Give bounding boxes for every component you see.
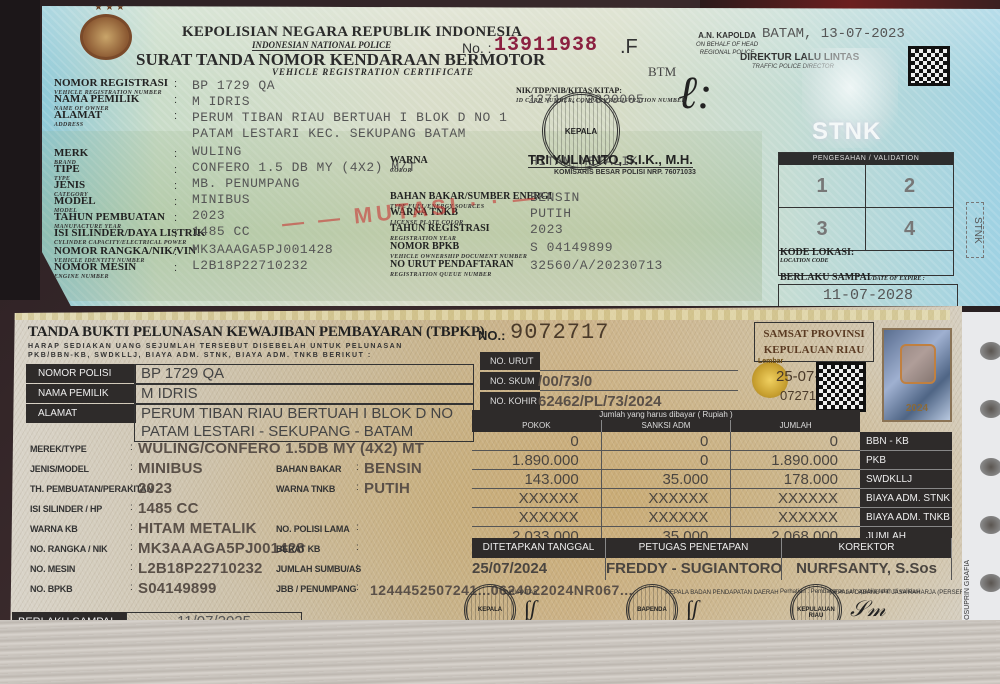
tbpkp-card: TANDA BUKTI PELUNASAN KEWAJIBAN PEMBAYAR… — [10, 306, 962, 656]
stnk-value: 2023 — [192, 208, 225, 223]
police-emblem-icon — [80, 14, 132, 60]
location-code-label: KODE LOKASI:LOCATION CODE — [780, 248, 854, 266]
stnk-value: 32560/A/20230713 — [530, 258, 663, 273]
validation-cell: 4 — [866, 208, 953, 251]
hologram-icon: 2024 — [882, 328, 952, 422]
stars-icon: ★★★ — [94, 2, 127, 13]
colon: : — [174, 228, 177, 240]
footer-header: KOREKTOR — [782, 538, 952, 558]
qr-code-icon — [908, 46, 950, 86]
ref-label: NO. KOHIR — [480, 392, 540, 410]
payment-jumlah: 0 — [731, 432, 860, 450]
ref-label: NO. SKUM — [480, 372, 540, 390]
officer-name: TRI YULIANTO, S.I.K., M.H. — [528, 152, 693, 168]
header-title: KEPOLISIAN NEGARA REPUBLIK INDONESIA — [182, 24, 522, 41]
footer-header: DITETAPKAN TANGGAL — [472, 538, 606, 558]
colon: : — [130, 442, 133, 453]
stnk-value: PERUM TIBAN RIAU BERTUAH I BLOK D NO 1 — [192, 110, 507, 125]
stnk-value: S 04149899 — [530, 240, 613, 255]
payment-sanksi: 0 — [602, 432, 732, 450]
colon: : — [174, 212, 177, 224]
vehicle-value: S04149899 — [138, 580, 217, 597]
footer-value: FREDDY - SUGIANTORO — [606, 558, 782, 580]
signatory-role: KEPALA BADAN PENDAPATAN DAERAH — [666, 590, 779, 596]
payment-category: BIAYA ADM. TNKB — [860, 508, 952, 527]
tbpkp-title: TANDA BUKTI PELUNASAN KEWAJIBAN PEMBAYAR… — [28, 324, 485, 341]
colon: : — [174, 110, 177, 122]
payment-jumlah: XXXXXX — [731, 489, 860, 507]
payment-category: BIAYA ADM. STNK — [860, 489, 952, 508]
footer-values: 25/07/2024FREDDY - SUGIANTORONURFSANTY, … — [472, 558, 952, 580]
vehicle-label: JBB / PENUMPANG — [276, 584, 356, 594]
hologram-text: STNK — [812, 118, 881, 146]
payment-column-header: JUMLAH — [731, 420, 860, 432]
office-code: BTM — [648, 64, 676, 80]
owner-value: M IDRIS — [134, 384, 474, 404]
payment-row: XXXXXXXXXXXXXXXXXX — [472, 489, 860, 508]
payment-sanksi: XXXXXX — [602, 508, 732, 526]
number-label: No. : — [462, 40, 492, 56]
expire-date: 11-07-2028 — [778, 284, 958, 310]
payment-row: 000 — [472, 432, 860, 451]
document-number-suffix: .F — [620, 36, 638, 59]
colon: : — [356, 482, 359, 493]
vehicle-label: BAHAN BAKAR — [276, 464, 341, 474]
colon: : — [174, 246, 177, 258]
colon: : — [174, 164, 177, 176]
payment-sanksi: 0 — [602, 451, 732, 469]
vehicle-label: MEREK/TYPE — [30, 444, 87, 454]
payment-category: PKB — [860, 451, 952, 470]
vehicle-label: WARNA KB — [30, 524, 78, 534]
side-stnk-mark: STNK — [966, 202, 984, 258]
colon: : — [130, 562, 133, 573]
background-left — [0, 0, 40, 300]
vehicle-label: NO. BPKB — [30, 584, 72, 594]
vehicle-label: NO. POLISI LAMA — [276, 524, 350, 534]
samsat-box: SAMSAT PROVINSIKEPULAUAN RIAU — [754, 322, 874, 362]
vehicle-label: TH. PEMBUATAN/PERAKITAN — [30, 484, 153, 494]
payment-header: Jumlah yang harus dibayar ( Rupiah ) — [472, 410, 860, 420]
vehicle-value: MINIBUS — [138, 460, 203, 477]
colon: : — [174, 262, 177, 274]
stnk-value: M IDRIS — [192, 94, 250, 109]
payment-jumlah: 178.000 — [731, 470, 860, 488]
footer-value: NURFSANTY, S.Sos — [782, 558, 952, 580]
stnk-value-line2: PATAM LESTARI KEC. SEKUPANG BATAM — [192, 126, 466, 141]
stnk-label: ALAMATADDRESS — [54, 110, 102, 130]
expire-label: BERLAKU SAMPAI/DATE OF EXPIRE : — [780, 272, 925, 283]
issued-date: BATAM, 13-07-2023 — [762, 26, 905, 42]
stnk-value: BP 1729 QA — [192, 78, 275, 93]
tbpkp-number-label: NO.: — [478, 328, 505, 343]
ref-label: NO. URUT — [480, 352, 540, 370]
vehicle-label: JUMLAH SUMBU/AS — [276, 564, 361, 574]
stnk-card: ★★★ KEPOLISIAN NEGARA REPUBLIK INDONESIA… — [42, 6, 1000, 306]
vehicle-label: NO. RANGKA / NIK — [30, 544, 107, 554]
colon: : — [356, 562, 359, 573]
validation-title: PENGESAHAN / VALIDATION — [779, 153, 953, 165]
qr-code-icon — [816, 362, 866, 412]
footer-headers: DITETAPKAN TANGGALPETUGAS PENETAPANKOREK… — [472, 538, 952, 558]
signature-icon: ∫ʃ — [686, 596, 698, 622]
payment-row: 1.890.00001.890.000 — [472, 451, 860, 470]
vehicle-value: L2B18P22710232 — [138, 560, 263, 577]
colon: : — [174, 78, 177, 90]
signature-icon: ∫ʃ — [524, 596, 536, 622]
stnk-value: MINIBUS — [192, 192, 250, 207]
vehicle-value: 1485 CC — [138, 500, 199, 517]
owner-value: PERUM TIBAN RIAU BERTUAH I BLOK D NOPATA… — [134, 404, 474, 442]
stnk-value: 1485 CC — [192, 224, 250, 239]
vehicle-label: NO. MESIN — [30, 564, 75, 574]
validation-cell: 3 — [779, 208, 866, 251]
payment-columns: POKOKSANKSI ADMJUMLAH — [472, 420, 860, 432]
payment-row: XXXXXXXXXXXXXXXXXX — [472, 508, 860, 527]
payment-pokok: 0 — [472, 432, 602, 450]
colon: : — [174, 196, 177, 208]
tbpkp-subtitle: HARAP SEDIAKAN UANG SEJUMLAH TERSEBUT DI… — [28, 342, 403, 360]
table-surface — [0, 620, 1000, 684]
notice-text: Perhatian : Pembayaran sah apabila telah… — [780, 588, 960, 596]
colon: : — [174, 94, 177, 106]
vehicle-value: HITAM METALIK — [138, 520, 257, 537]
footer-value: 25/07/2024 — [472, 558, 606, 580]
payment-sanksi: 35.000 — [602, 470, 732, 488]
owner-label: ALAMAT — [26, 404, 136, 423]
payment-column-header: POKOK — [472, 420, 602, 432]
signature-icon: 𝒮𝓂 — [850, 596, 886, 622]
payment-row: 143.00035.000178.000 — [472, 470, 860, 489]
payment-pokok: 143.000 — [472, 470, 602, 488]
payment-sanksi: XXXXXX — [602, 489, 732, 507]
colon: : — [174, 180, 177, 192]
payment-table: 0001.890.00001.890.000143.00035.000178.0… — [472, 432, 860, 546]
vehicle-value: 2023 — [138, 480, 172, 497]
doc-subtitle: VEHICLE REGISTRATION CERTIFICATE — [272, 67, 474, 77]
colon: : — [130, 502, 133, 513]
owner-label: NAMA PEMILIK — [26, 384, 136, 403]
officer-rank: KOMISARIS BESAR POLISI NRP. 76071033 — [554, 169, 696, 176]
colon: : — [130, 482, 133, 493]
paid-id: 07271 — [780, 388, 816, 403]
owner-value: BP 1729 QA — [134, 364, 474, 384]
payment-category: SWDKLLJ — [860, 470, 952, 489]
payment-categories: BBN - KBPKBSWDKLLJBIAYA ADM. STNKBIAYA A… — [860, 432, 952, 546]
payment-column-header: SANKSI ADM — [602, 420, 732, 432]
stnk-label: NOMOR MESINENGINE NUMBER — [54, 262, 136, 282]
vehicle-label: JENIS/MODEL — [30, 464, 89, 474]
province-emblem-icon — [900, 344, 936, 384]
payment-pokok: XXXXXX — [472, 489, 602, 507]
colon: : — [130, 542, 133, 553]
payment-jumlah: XXXXXX — [731, 508, 860, 526]
colon: : — [356, 582, 359, 593]
paid-label: Lembar — [758, 358, 783, 365]
owner-label: NOMOR POLISI — [26, 364, 136, 383]
vehicle-value: PUTIH — [364, 480, 410, 497]
colon: : — [130, 522, 133, 533]
ref-value: 62462/PL/73/2024 — [538, 393, 661, 410]
vehicle-label: BERAT KB — [276, 544, 320, 554]
vehicle-label: WARNA TNKB — [276, 484, 335, 494]
stnk-label: NO URUT PENDAFTARANREGISTRATION QUEUE NU… — [390, 260, 514, 280]
vehicle-value: WULING/CONFERO 1.5DB MY (4X2) MT — [138, 440, 424, 457]
validation-cell: 1 — [779, 165, 866, 208]
colon: : — [356, 522, 359, 533]
colon: : — [130, 462, 133, 473]
stnk-value: CONFERO 1.5 DB MY (4X2) M/T — [192, 160, 416, 175]
colon: : — [130, 582, 133, 593]
colon: : — [174, 148, 177, 160]
ref-value: /00/73/0 — [538, 373, 592, 390]
payment-pokok: 1.890.000 — [472, 451, 602, 469]
document-number: 13911938 — [494, 34, 598, 57]
colon: : — [356, 462, 359, 473]
payment-pokok: XXXXXX — [472, 508, 602, 526]
stnk-value: L2B18P22710232 — [192, 258, 308, 273]
vehicle-label: ISI SILINDER / HP — [30, 504, 102, 514]
footer-header: PETUGAS PENETAPAN — [606, 538, 782, 558]
stnk-value: MB. PENUMPANG — [192, 176, 300, 191]
payment-jumlah: 1.890.000 — [731, 451, 860, 469]
colon: : — [356, 542, 359, 553]
stnk-label: WARNACOLOR — [390, 156, 428, 176]
tbpkp-number: 9072717 — [510, 320, 609, 345]
stnk-value: WULING — [192, 144, 242, 159]
payment-category: BBN - KB — [860, 432, 952, 451]
validation-cell: 2 — [866, 165, 953, 208]
vehicle-value: BENSIN — [364, 460, 422, 477]
